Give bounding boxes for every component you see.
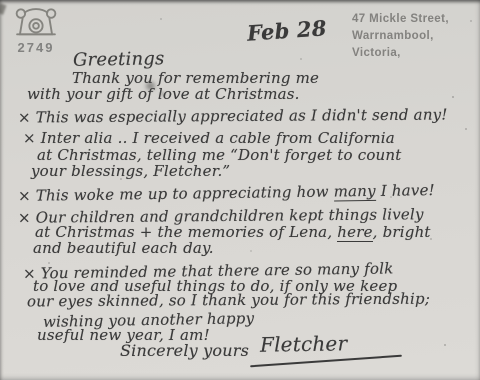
ink-smudge xyxy=(146,82,155,90)
underlined-word: here xyxy=(337,223,372,242)
address-line: Warrnambool, xyxy=(352,28,449,45)
scan-edge-mark xyxy=(0,3,6,15)
signature: Fletcher xyxy=(260,331,348,357)
letter-line-segment: × This woke me up to appreciating how xyxy=(18,183,334,205)
letter-line-segment: I have! xyxy=(376,181,435,200)
letter-line: × This woke me up to appreciating how ma… xyxy=(18,181,435,205)
letter-date: Feb 28 xyxy=(246,15,327,45)
address-line: 47 Mickle Street, xyxy=(352,11,449,28)
letter-line: our eyes skinned, so I thank you for thi… xyxy=(27,290,430,311)
letterhead-address: 47 Mickle Street, Warrnambool, Victoria, xyxy=(352,11,449,62)
letter-line: × This was especially appreciated as I d… xyxy=(18,106,448,127)
letter-line: your blessings, Fletcher.” xyxy=(31,162,230,180)
signature-underline-flourish xyxy=(250,355,402,368)
paper-speckles xyxy=(0,0,2,2)
letter-line: and beautiful each day. xyxy=(33,239,214,257)
underlined-word: many xyxy=(334,182,376,202)
address-line: Victoria, xyxy=(352,45,449,62)
scanned-letter: 2749 47 Mickle Street, Warrnambool, Vict… xyxy=(0,0,480,380)
letter-closing: Sincerely yours xyxy=(120,341,249,360)
ink-smudge xyxy=(160,92,165,96)
letter-line: × Inter alia .. I received a cable from … xyxy=(23,129,395,147)
letterhead-phone-number: 2749 xyxy=(10,40,62,55)
letter-greeting: Greetings xyxy=(73,48,165,71)
letter-line-segment: , bright xyxy=(373,223,431,241)
telephone-icon xyxy=(13,6,59,40)
